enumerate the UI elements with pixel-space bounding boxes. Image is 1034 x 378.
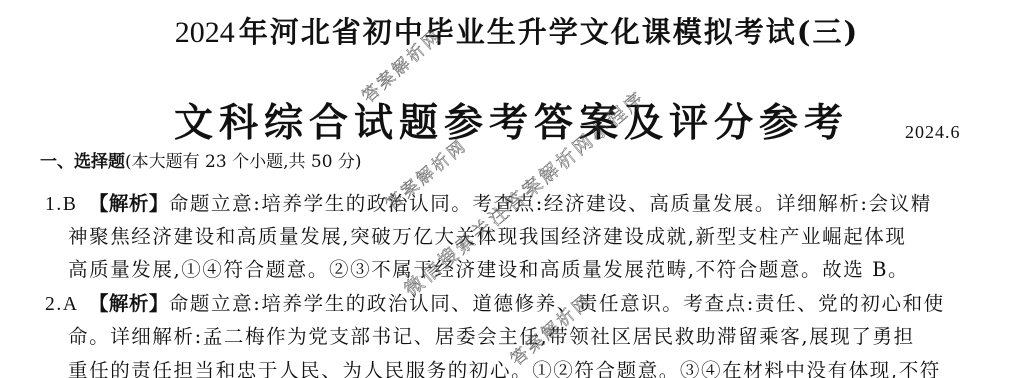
item-number: 2.A bbox=[45, 291, 81, 319]
section-title: 一、选择题 bbox=[40, 152, 125, 172]
answer-text: 命题立意:培养学生的政治认同。考查点:经济建设、高质量发展。详细解析:会议精 bbox=[169, 192, 932, 215]
title-year: 2024 bbox=[175, 16, 235, 49]
answer-item-2-line-2: 命。详细解析:孟二梅作为党支部书记、居委会主任,带领社区居民救助滞留乘客,展现了… bbox=[68, 323, 915, 351]
answer-item-1-line-3: 高质量发展,①④符合题意。②③不属于经济建设和高质量发展范畴,不符合题意。故选 … bbox=[68, 256, 909, 284]
item-number: 1.B bbox=[45, 191, 81, 219]
document-date: 2024.6 bbox=[905, 121, 961, 143]
document-title: 2024年河北省初中毕业生升学文化课模拟考试(三) bbox=[0, 14, 1034, 51]
document-page: 2024年河北省初中毕业生升学文化课模拟考试(三) 文科综合试题参考答案及评分参… bbox=[0, 0, 1034, 378]
analysis-label: 【解析】 bbox=[89, 292, 169, 315]
section-note: (本大题有 23 个小题,共 50 分) bbox=[125, 152, 362, 172]
analysis-label: 【解析】 bbox=[89, 192, 169, 215]
answer-item-2-line-3: 重任的责任担当和忠于人民、为人民服务的初心。①②符合题意。③④在材料中没有体现,… bbox=[68, 357, 941, 378]
document-subtitle: 文科综合试题参考答案及评分参考 bbox=[174, 100, 849, 148]
section-heading: 一、选择题(本大题有 23 个小题,共 50 分) bbox=[40, 150, 362, 174]
answer-item-2-line-1: 2.A 【解析】命题立意:培养学生的政治认同、道德修养、责任意识。考查点:责任、… bbox=[45, 290, 945, 319]
title-text: 年河北省初中毕业生升学文化课模拟考试(三) bbox=[239, 15, 859, 49]
